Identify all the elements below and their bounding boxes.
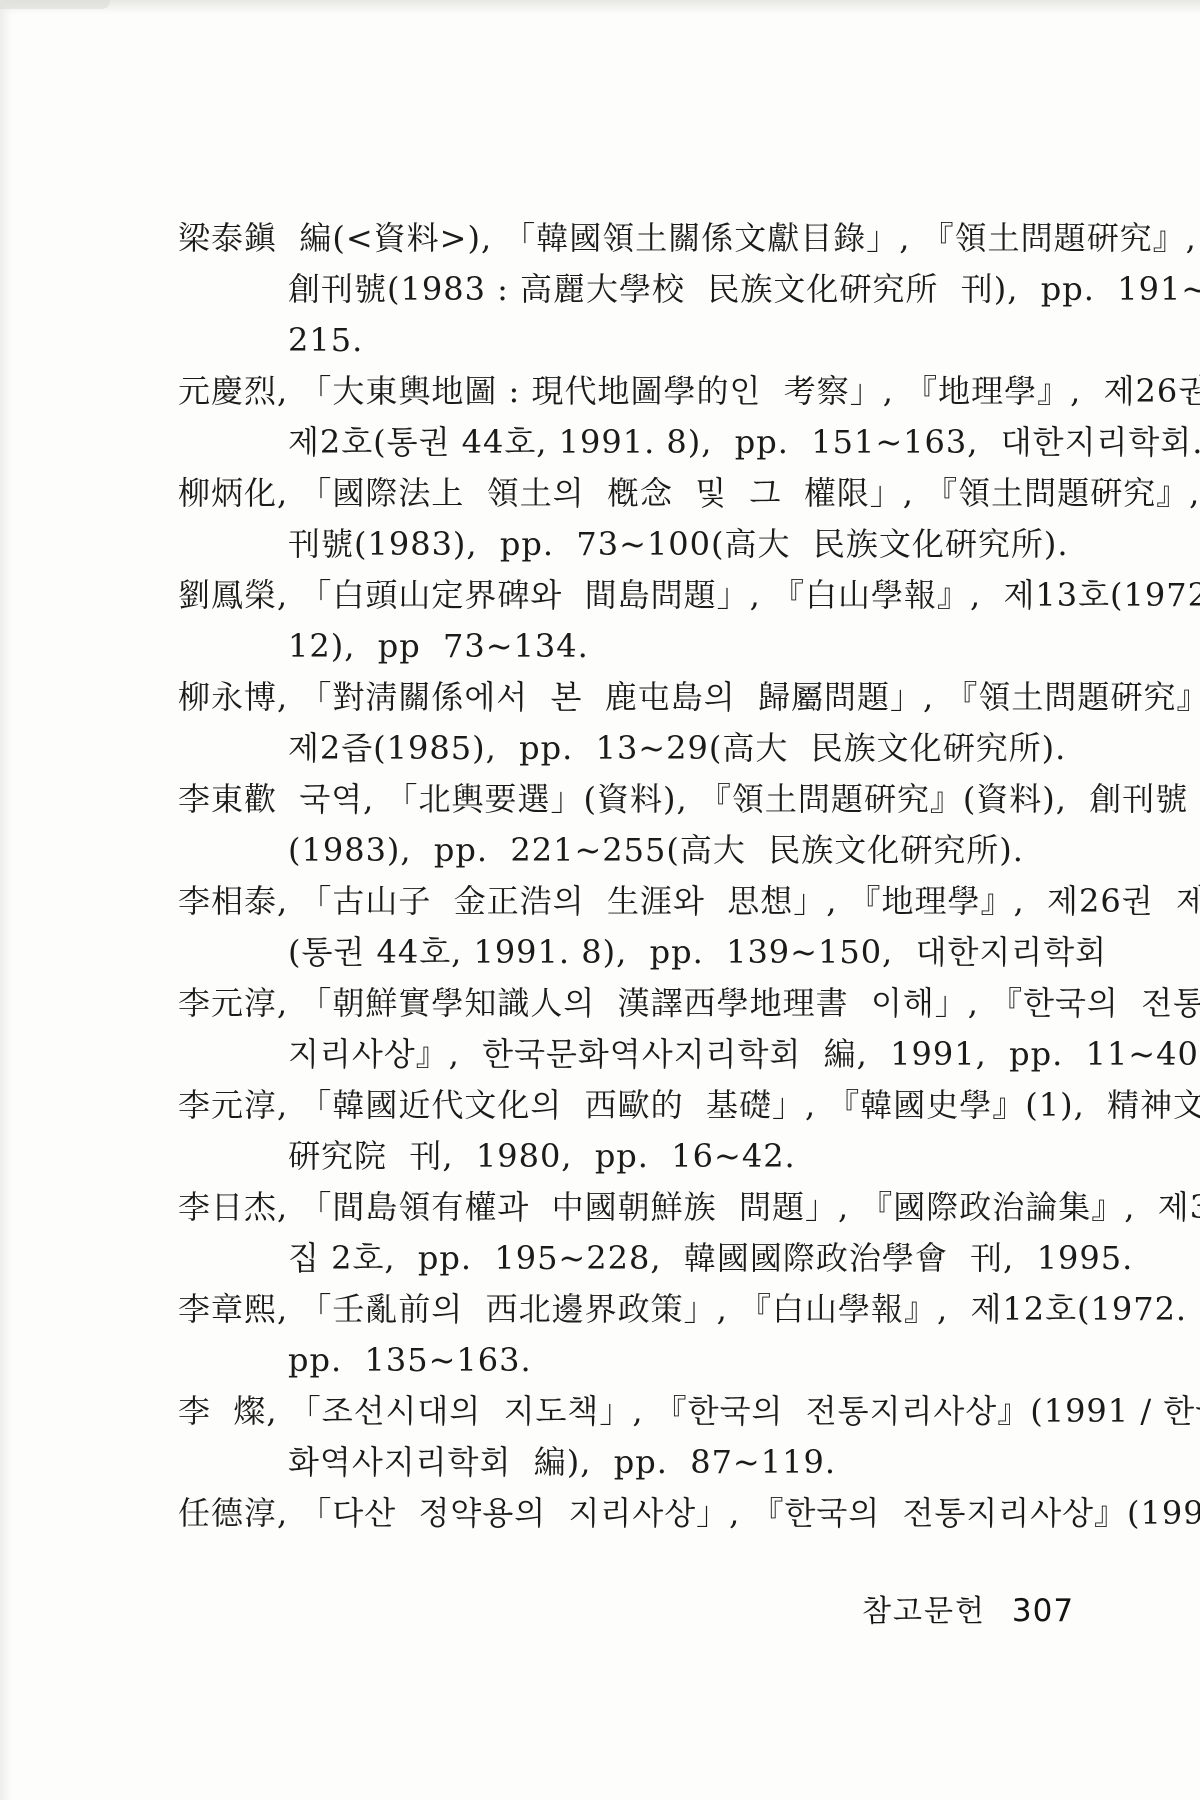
bib-entry: 李相泰, 「古山子 金正浩의 生涯와 思想」, 『地理學』, 제26권 제2호 … — [178, 876, 1058, 978]
bib-entry: 李元淳, 「韓國近代文化의 西歐的 基礎」, 『韓國史學』(1), 精神文化 硏… — [178, 1080, 1058, 1182]
bib-line: 柳永博, 「對淸關係에서 본 鹿屯島의 歸屬問題」, 『領土問題硏究』, — [178, 672, 1058, 723]
bib-line: 梁泰鎭 編(<資料>), 「韓國領土關係文獻目錄」, 『領土問題硏究』, — [178, 213, 1058, 264]
page-footer: 참고문헌 307 — [862, 1586, 1074, 1630]
bibliography-list: 梁泰鎭 編(<資料>), 「韓國領土關係文獻目錄」, 『領土問題硏究』, 創刊號… — [178, 213, 1058, 1539]
bib-line: 李章熙, 「壬亂前의 西北邊界政策」, 『白山學報』, 제12호(1972. 6… — [178, 1284, 1058, 1335]
bib-line: 李元淳, 「韓國近代文化의 西歐的 基礎」, 『韓國史學』(1), 精神文化 — [178, 1080, 1058, 1131]
bib-line: 李東歡 국역, 「北輿要選」(資料), 『領土問題硏究』(資料), 創刊號 — [178, 774, 1058, 825]
bib-line: 柳炳化, 「國際法上 領土의 槪念 및 그 權限」, 『領土問題硏究』, 創 — [178, 468, 1058, 519]
bib-line: 제2즙(1985), pp. 13~29(高大 民族文化硏究所). — [178, 723, 1058, 774]
page-number: 307 — [1012, 1593, 1074, 1629]
bib-line: 지리사상』, 한국문화역사지리학회 編, 1991, pp. 11~40. — [178, 1029, 1058, 1080]
bib-line: 元慶烈, 「大東輿地圖 : 現代地圖學的인 考察」, 『地理學』, 제26권 — [178, 366, 1058, 417]
bib-line: 李 燦, 「조선시대의 지도책」, 『한국의 전통지리사상』(1991 / 한국… — [178, 1386, 1058, 1437]
bib-entry: 梁泰鎭 編(<資料>), 「韓國領土關係文獻目錄」, 『領土問題硏究』, 創刊號… — [178, 213, 1058, 366]
bib-line: 刊號(1983), pp. 73~100(高大 民族文化硏究所). — [178, 519, 1058, 570]
bib-entry: 李 燦, 「조선시대의 지도책」, 『한국의 전통지리사상』(1991 / 한국… — [178, 1386, 1058, 1488]
footer-section-label: 참고문헌 — [862, 1586, 986, 1630]
bib-entry: 李東歡 국역, 「北輿要選」(資料), 『領土問題硏究』(資料), 創刊號 (1… — [178, 774, 1058, 876]
bib-line: 화역사지리학회 編), pp. 87~119. — [178, 1437, 1058, 1488]
bib-line: (1983), pp. 221~255(高大 民族文化硏究所). — [178, 825, 1058, 876]
bib-line: (통권 44호, 1991. 8), pp. 139~150, 대한지리학회 — [178, 927, 1058, 978]
bib-entry: 李章熙, 「壬亂前의 西北邊界政策」, 『白山學報』, 제12호(1972. 6… — [178, 1284, 1058, 1386]
bib-entry: 任德淳, 「다산 정약용의 지리사상」, 『한국의 전통지리사상』(1991 / — [178, 1488, 1058, 1539]
bib-entry: 柳永博, 「對淸關係에서 본 鹿屯島의 歸屬問題」, 『領土問題硏究』, 제2즙… — [178, 672, 1058, 774]
bib-line: 12), pp 73~134. — [178, 621, 1058, 672]
bib-line: 創刊號(1983 : 高麗大學校 民族文化硏究所 刊), pp. 191~ — [178, 264, 1058, 315]
bib-line: 劉鳳榮, 「白頭山定界碑와 間島問題」, 『白山學報』, 제13호(1972. — [178, 570, 1058, 621]
bib-entry: 元慶烈, 「大東輿地圖 : 現代地圖學的인 考察」, 『地理學』, 제26권 제… — [178, 366, 1058, 468]
scan-corner-smudge — [0, 0, 110, 9]
scan-edge-left — [0, 0, 12, 1800]
bib-entry: 柳炳化, 「國際法上 領土의 槪念 및 그 權限」, 『領土問題硏究』, 創 刊… — [178, 468, 1058, 570]
bib-line: pp. 135~163. — [178, 1335, 1058, 1386]
bib-line: 李日杰, 「間島領有權과 中國朝鮮族 問題」, 『國際政治論集』, 제35 — [178, 1182, 1058, 1233]
bib-line: 제2호(통권 44호, 1991. 8), pp. 151~163, 대한지리학… — [178, 417, 1058, 468]
scan-edge-top — [0, 0, 1200, 14]
bib-line: 任德淳, 「다산 정약용의 지리사상」, 『한국의 전통지리사상』(1991 / — [178, 1488, 1058, 1539]
scanned-book-page: { "bibliography": { "entries": [ { "line… — [0, 0, 1200, 1800]
bib-entry: 李日杰, 「間島領有權과 中國朝鮮族 問題」, 『國際政治論集』, 제35 집 … — [178, 1182, 1058, 1284]
bib-entry: 劉鳳榮, 「白頭山定界碑와 間島問題」, 『白山學報』, 제13호(1972. … — [178, 570, 1058, 672]
bib-line: 집 2호, pp. 195~228, 韓國國際政治學會 刊, 1995. — [178, 1233, 1058, 1284]
bib-line: 李元淳, 「朝鮮實學知識人의 漢譯西學地理書 이해」, 『한국의 전통 — [178, 978, 1058, 1029]
bib-entry: 李元淳, 「朝鮮實學知識人의 漢譯西學地理書 이해」, 『한국의 전통 지리사상… — [178, 978, 1058, 1080]
bib-line: 硏究院 刊, 1980, pp. 16~42. — [178, 1131, 1058, 1182]
bib-line: 215. — [178, 315, 1058, 366]
bib-line: 李相泰, 「古山子 金正浩의 生涯와 思想」, 『地理學』, 제26권 제2호 — [178, 876, 1058, 927]
